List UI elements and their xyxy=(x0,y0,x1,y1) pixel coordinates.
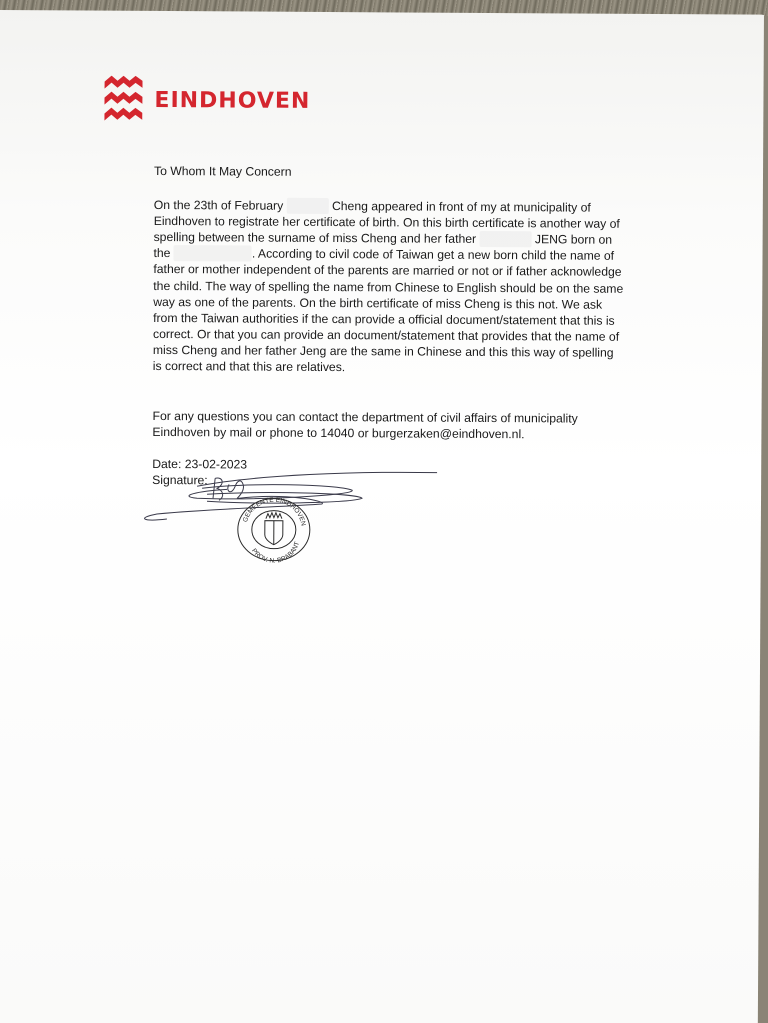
main-paragraph: On the 23th of February xxxxx Cheng appe… xyxy=(153,197,624,377)
redacted-birthdate: xxxxxxxxx xyxy=(174,245,252,262)
contact-paragraph: For any questions you can contact the de… xyxy=(152,408,622,443)
letter-page: EINDHOVEN To Whom It May Concern On the … xyxy=(0,10,764,1023)
greeting: To Whom It May Concern xyxy=(154,163,624,182)
municipal-stamp: GEMEENTE EINDHOVEN PROV. N.-BRABANT xyxy=(236,496,312,562)
redacted-father-name: xxxxxx xyxy=(479,231,531,247)
eindhoven-logo: EINDHOVEN xyxy=(104,76,310,125)
paragraph-text: . According to civil code of Taiwan get … xyxy=(153,247,624,374)
logo-wordmark: EINDHOVEN xyxy=(154,87,310,113)
wave-logo-icon xyxy=(104,76,142,124)
paragraph-text: On the 23th of February xyxy=(154,198,287,213)
redacted-first-name: xxxxx xyxy=(287,198,329,214)
letter-body: To Whom It May Concern On the 23th of Fe… xyxy=(152,163,624,491)
